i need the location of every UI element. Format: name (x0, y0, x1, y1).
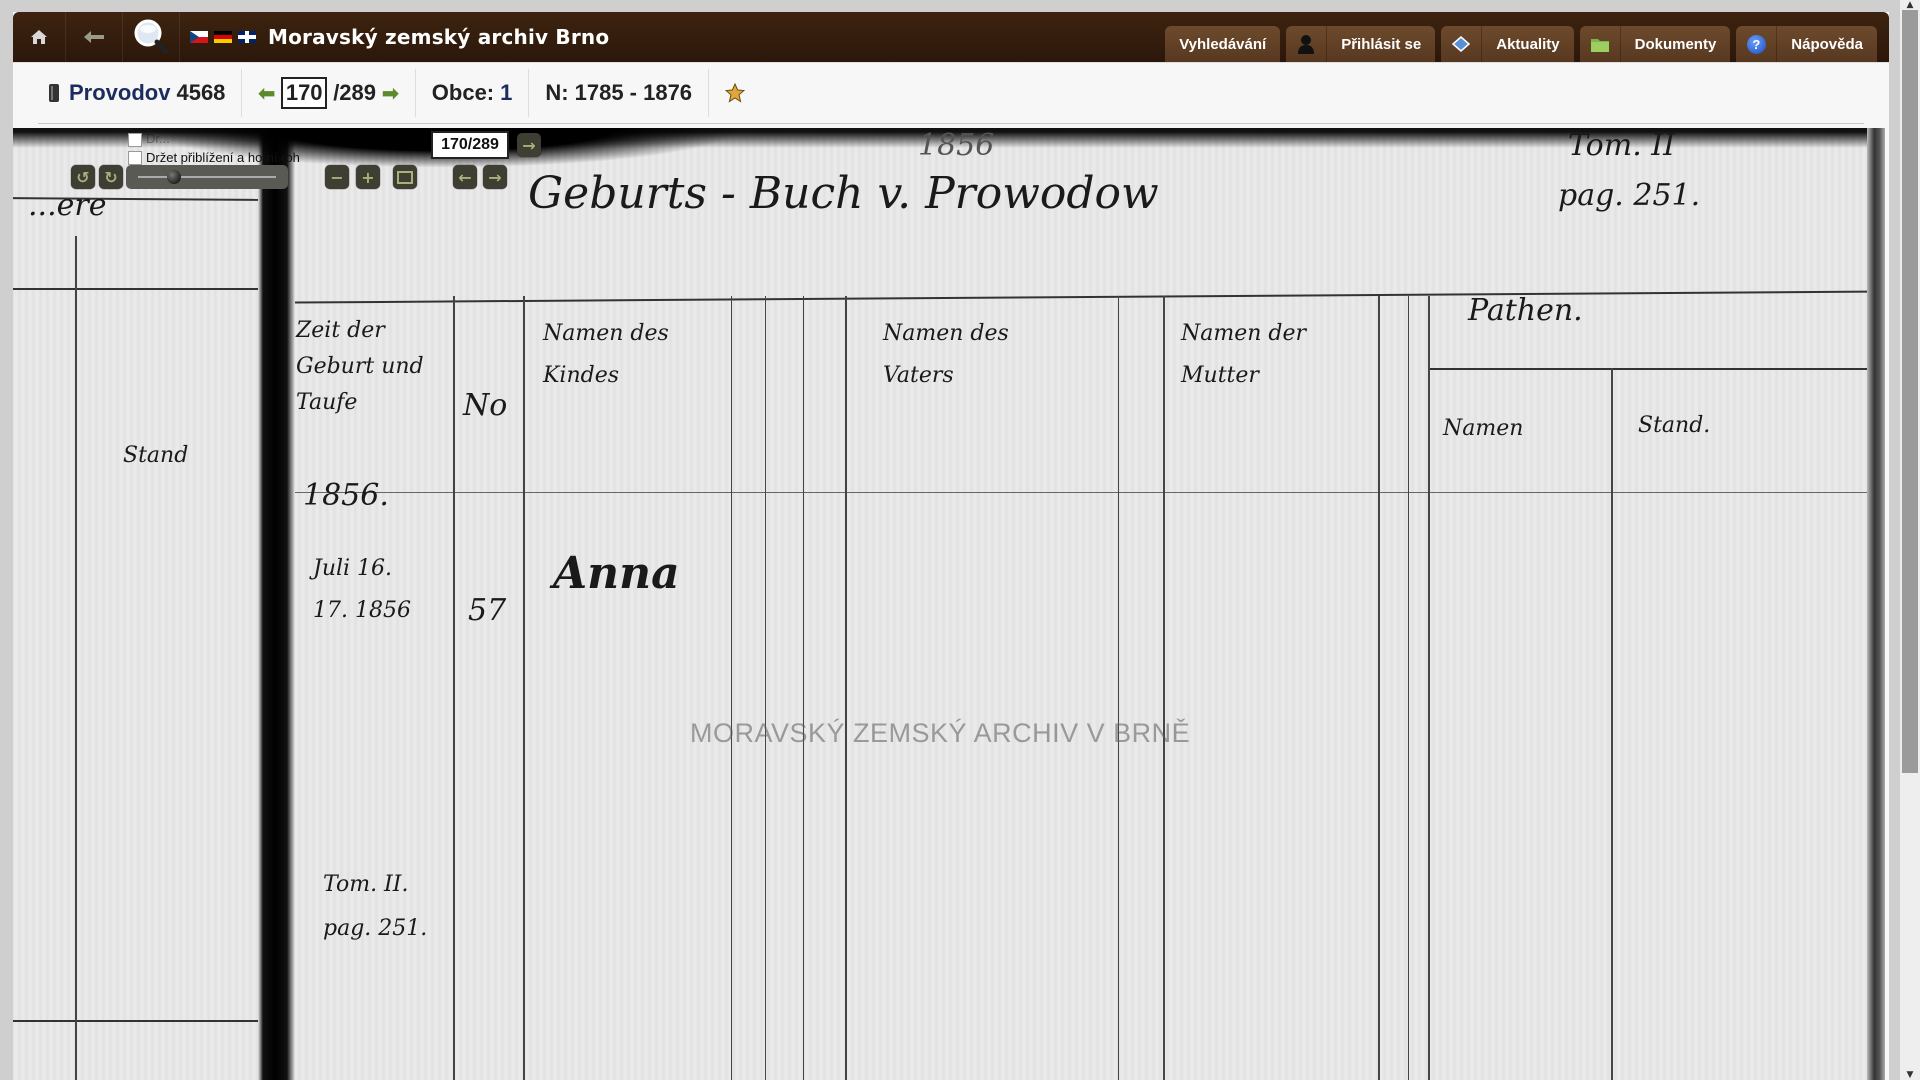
rule (731, 296, 732, 1080)
bookmark-icon[interactable] (49, 84, 59, 102)
obce-value[interactable]: 1 (500, 80, 512, 106)
back-button[interactable] (66, 12, 123, 62)
rule (803, 296, 804, 1080)
keep-zoom-checkbox[interactable] (128, 151, 142, 165)
flag-czech-icon[interactable] (190, 31, 208, 43)
rule (1378, 296, 1380, 1080)
nav-help-label: Nápověda (1777, 36, 1877, 53)
nav-documents-tab[interactable]: Dokumenty (1580, 26, 1731, 62)
nav-documents-label: Dokumenty (1621, 36, 1731, 53)
nav-login-label: Přihlásit se (1327, 36, 1435, 53)
nav-news-tab[interactable]: Aktuality (1441, 26, 1573, 62)
zoom-slider-knob[interactable] (167, 170, 181, 184)
rule (1611, 368, 1613, 1080)
rule (765, 296, 766, 1080)
folder-icon (1580, 26, 1621, 62)
site-title[interactable]: Moravský zemský archiv Brno (268, 25, 609, 49)
left-page-column: Stand (123, 443, 188, 468)
scan-heading-pag: pag. 251. (1558, 178, 1700, 213)
rule (1118, 296, 1119, 1080)
zoom-out-button[interactable]: − (325, 165, 349, 189)
arrow-right-icon: → (488, 168, 501, 187)
col-godparents-name-header: Namen (1443, 416, 1523, 441)
fond-name-link[interactable]: Provodov (69, 80, 170, 106)
scroll-up-arrow-icon[interactable]: ▲ (1900, 0, 1920, 10)
home-button[interactable] (13, 12, 66, 62)
range-section: N: 1785 - 1876 (529, 69, 709, 117)
nav-login-tab[interactable]: Přihlásit se (1286, 26, 1435, 62)
range-label: N: (545, 80, 568, 106)
scan-heading-title: Geburts - Buch v. Prowodow (528, 168, 1159, 219)
fond-id: 4568 (176, 80, 225, 106)
entry-house-number: 57 (468, 593, 506, 628)
page-counter-input[interactable]: 170/289 (431, 131, 509, 159)
col-house-header: No (463, 388, 507, 423)
rule (295, 290, 1885, 303)
plus-icon: + (361, 168, 374, 187)
entry-year: 1856. (303, 478, 389, 513)
rule (1428, 296, 1430, 1080)
nav-help-tab[interactable]: ? Nápověda (1736, 26, 1877, 62)
nav-search-tab[interactable]: Vyhledávání (1165, 26, 1280, 62)
next-page-arrow-icon[interactable]: ➡ (382, 81, 399, 106)
scan-page-edge (1867, 128, 1885, 1080)
next-image-button[interactable]: → (483, 165, 507, 189)
zoom-in-button[interactable]: + (356, 165, 380, 189)
col-date-header: Zeit der Geburt und Taufe (296, 313, 446, 421)
minus-icon: − (330, 168, 343, 187)
search-button[interactable] (123, 12, 180, 62)
col-father-header: Namen des Vaters (883, 313, 1083, 397)
scan-heading-tom: Tom. II (1568, 128, 1675, 163)
rule (75, 236, 77, 1080)
nav-news-label: Aktuality (1482, 36, 1573, 53)
home-icon (30, 29, 48, 45)
arrow-left-icon: ← (458, 168, 471, 187)
rotate-left-button[interactable]: ↺ (71, 165, 95, 189)
col-godparents-stand-header: Stand. (1638, 413, 1710, 438)
rotate-right-icon: ↻ (104, 168, 117, 187)
entry-tom-pag: Tom. II. pag. 251. (323, 863, 463, 951)
rotate-right-button[interactable]: ↻ (99, 165, 123, 189)
entry-child-name: Anna (553, 548, 680, 599)
rule (1428, 368, 1883, 370)
flag-english-icon[interactable] (238, 31, 256, 43)
help-icon: ? (1736, 26, 1777, 62)
col-mother-header: Namen der Mutter (1181, 313, 1351, 397)
rotate-left-icon: ↺ (76, 168, 89, 187)
rule (13, 288, 258, 290)
language-switcher (190, 31, 256, 43)
rule (453, 296, 455, 1080)
magnifier-icon (133, 18, 169, 56)
rule (295, 492, 1885, 493)
col-child-header: Namen des Kindes (543, 313, 713, 397)
rule (13, 1020, 258, 1022)
entry-date: Juli 16. 17. 1856 (313, 548, 433, 632)
toolbar-divider (38, 123, 1864, 124)
zoom-slider[interactable] (126, 165, 288, 189)
rule (1408, 296, 1409, 1080)
fit-window-icon (397, 171, 413, 184)
scroll-down-arrow-icon[interactable]: ▼ (1900, 1070, 1920, 1080)
news-icon (1441, 26, 1482, 62)
rule (1163, 296, 1165, 1080)
left-page-text: ...ere (28, 188, 106, 223)
page-number-input[interactable] (281, 77, 327, 109)
nav-search-label: Vyhledávání (1165, 36, 1280, 53)
register-scan[interactable]: Geburts - Buch v. Prowodow 1856 Tom. II … (13, 128, 1885, 1080)
favorite-section (709, 69, 761, 117)
range-value: 1785 - 1876 (575, 80, 692, 106)
obce-section: Obce: 1 (416, 69, 530, 117)
watermark: MORAVSKÝ ZEMSKÝ ARCHIV V BRNĚ (690, 718, 1190, 749)
scrollbar-thumb[interactable] (1902, 10, 1918, 773)
arrow-right-icon: → (522, 136, 535, 155)
document-toolbar: Provodov 4568 ⬅ /289 ➡ Obce: 1 N: 1785 -… (13, 62, 1889, 127)
star-icon[interactable] (725, 83, 745, 103)
main-nav: Vyhledávání Přihlásit se Aktuality Dokum… (1165, 26, 1877, 62)
col-godparents-header: Pathen. (1468, 293, 1583, 328)
back-arrow-icon (84, 31, 104, 43)
prev-image-button[interactable]: ← (453, 165, 477, 189)
prev-page-arrow-icon[interactable]: ⬅ (258, 81, 275, 106)
checkbox-1[interactable] (128, 133, 142, 147)
user-icon (1286, 26, 1327, 62)
rule (845, 296, 847, 1080)
zoom-slider-track (138, 176, 276, 178)
flag-german-icon[interactable] (214, 31, 232, 43)
page-total: /289 (333, 80, 376, 106)
fond-section: Provodov 4568 (33, 69, 242, 117)
pagination: ⬅ /289 ➡ (242, 69, 415, 117)
checkbox-1-label: Dr... (146, 131, 170, 146)
image-viewer[interactable]: Geburts - Buch v. Prowodow 1856 Tom. II … (13, 128, 1885, 1080)
page-scrollbar[interactable]: ▲ ▼ (1900, 0, 1920, 1080)
scan-heading-year: 1856 (918, 128, 994, 163)
top-header: Moravský zemský archiv Brno Vyhledávání … (13, 12, 1889, 62)
fit-window-button[interactable] (393, 165, 417, 189)
keep-zoom-label: Držet přiblížení a horní roh (146, 150, 300, 165)
rule (523, 296, 525, 1080)
go-to-page-button[interactable]: → (517, 133, 541, 157)
app-window: Moravský zemský archiv Brno Vyhledávání … (13, 12, 1889, 1080)
obce-label: Obce: (432, 80, 494, 106)
